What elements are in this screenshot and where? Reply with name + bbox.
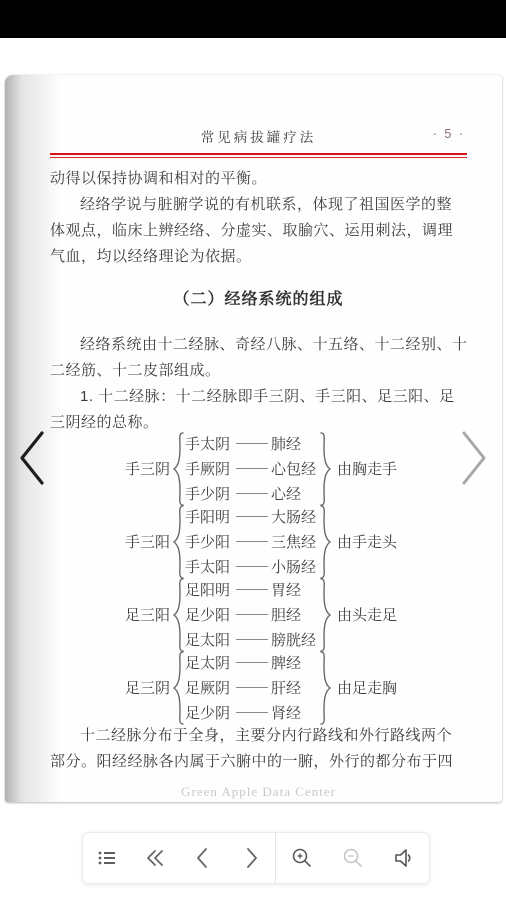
meridian-row: 手太阳 小肠经	[185, 554, 319, 579]
group-destination: 由头走足	[337, 604, 397, 625]
organ-meridian: 肺经	[271, 433, 319, 454]
first-page-button[interactable]	[140, 843, 170, 873]
previous-page-arrow[interactable]	[17, 430, 47, 486]
meridian-name: 足太阴	[185, 652, 233, 673]
connector-line	[236, 468, 268, 469]
meridian-name: 手太阳	[185, 556, 233, 577]
left-brace	[172, 578, 184, 652]
meridian-name: 足少阴	[185, 702, 233, 723]
right-brace	[320, 578, 332, 652]
header-rule	[50, 153, 467, 158]
connector-line	[236, 589, 268, 590]
meridian-name: 手少阳	[185, 531, 233, 552]
group-rows: 手阳明 大肠经 手少阳 三焦经 手太阳 小肠经	[185, 504, 319, 579]
chevron-left-icon	[192, 846, 214, 870]
group-destination: 由足走胸	[337, 677, 397, 698]
double-chevron-left-icon	[144, 847, 166, 869]
book-page: 常见病拔罐疗法 · 5 · 动得以保持协调和相对的平衡。 经络学说与脏腑学说的有…	[5, 75, 502, 802]
zoom-out-icon	[341, 846, 365, 870]
toolbar-zoom-section	[276, 833, 429, 883]
text-line: 十二经脉分布于全身，主要分内行路线和外行路线两个	[50, 723, 467, 749]
meridian-row: 足太阴 脾经	[185, 650, 319, 675]
organ-meridian: 膀胱经	[271, 629, 319, 650]
list-icon	[96, 847, 118, 869]
meridian-group: 手三阳 手阳明 大肠经 手少阳 三焦经 手太阳 小肠经 由手走头	[120, 504, 467, 579]
chevron-right-icon	[240, 846, 262, 870]
meridian-group: 足三阴 足太阴 脾经 足厥阴 肝经 足少阴 肾经 由足走胸	[120, 650, 467, 725]
page-content: 常见病拔罐疗法 · 5 · 动得以保持协调和相对的平衡。 经络学说与脏腑学说的有…	[50, 75, 467, 802]
meridian-row: 手厥阴 心包经	[185, 456, 319, 481]
watermark: Green Apple Data Center	[50, 784, 467, 800]
zoom-out-button[interactable]	[337, 842, 369, 874]
text-line: 经络学说与脏腑学说的有机联系，体现了祖国医学的整	[50, 192, 467, 218]
meridian-row: 手少阴 心经	[185, 481, 319, 506]
connector-line	[236, 566, 268, 567]
book-title: 常见病拔罐疗法	[50, 126, 467, 146]
meridian-row: 手阳明 大肠经	[185, 504, 319, 529]
next-page-arrow[interactable]	[459, 430, 489, 486]
connector-line	[236, 541, 268, 542]
meridian-name: 足太阳	[185, 629, 233, 650]
next-page-button[interactable]	[236, 842, 266, 874]
group-rows: 足阳明 胃经 足少阳 胆经 足太阳 膀胱经	[185, 577, 319, 652]
zoom-in-icon	[290, 846, 314, 870]
meridian-name: 手太阴	[185, 433, 233, 454]
meridian-row: 足少阴 肾经	[185, 700, 319, 725]
organ-meridian: 胃经	[271, 579, 319, 600]
text-line: 1. 十二经脉：十二经脉即手三阴、手三阳、足三阳、足	[50, 384, 467, 410]
read-aloud-button[interactable]	[388, 842, 420, 874]
group-label: 足三阴	[120, 677, 170, 698]
group-label: 手三阳	[120, 531, 170, 552]
body-text: 动得以保持协调和相对的平衡。 经络学说与脏腑学说的有机联系，体现了祖国医学的整 …	[50, 166, 467, 800]
group-label: 手三阴	[120, 458, 170, 479]
organ-meridian: 脾经	[271, 652, 319, 673]
section-heading: （二）经络系统的组成	[50, 289, 467, 311]
meridian-name: 足阳明	[185, 579, 233, 600]
page-header: 常见病拔罐疗法 · 5 ·	[50, 75, 467, 158]
connector-line	[236, 614, 268, 615]
connector-line	[236, 443, 268, 444]
text-line: 气血，均以经络理论为依据。	[50, 244, 467, 270]
meridian-name: 足少阳	[185, 604, 233, 625]
group-rows: 足太阴 脾经 足厥阴 肝经 足少阴 肾经	[185, 650, 319, 725]
connector-line	[236, 712, 268, 713]
right-brace	[320, 505, 332, 579]
left-brace	[172, 651, 184, 725]
organ-meridian: 肝经	[271, 677, 319, 698]
connector-line	[236, 493, 268, 494]
contents-button[interactable]	[92, 843, 122, 873]
speaker-icon	[392, 846, 416, 870]
text-line: 动得以保持协调和相对的平衡。	[50, 166, 467, 192]
organ-meridian: 胆经	[271, 604, 319, 625]
zoom-in-button[interactable]	[286, 842, 318, 874]
organ-meridian: 心经	[271, 483, 319, 504]
group-label: 足三阳	[120, 604, 170, 625]
connector-line	[236, 662, 268, 663]
organ-meridian: 肾经	[271, 702, 319, 723]
organ-meridian: 心包经	[271, 458, 319, 479]
left-brace	[172, 432, 184, 506]
text-line: 二经筋、十二皮部组成。	[50, 358, 467, 384]
status-bar	[0, 0, 506, 38]
text-line: 经络系统由十二经脉、奇经八脉、十五络、十二经别、十	[50, 332, 467, 358]
organ-meridian: 小肠经	[271, 556, 319, 577]
connector-line	[236, 639, 268, 640]
meridian-name: 手阳明	[185, 506, 233, 527]
group-destination: 由手走头	[337, 531, 397, 552]
meridian-row: 手少阳 三焦经	[185, 529, 319, 554]
organ-meridian: 三焦经	[271, 531, 319, 552]
organ-meridian: 大肠经	[271, 506, 319, 527]
meridian-row: 足厥阴 肝经	[185, 675, 319, 700]
reader-toolbar	[82, 832, 430, 884]
meridian-name: 足厥阴	[185, 677, 233, 698]
group-destination: 由胸走手	[337, 458, 397, 479]
chevron-right-icon	[459, 430, 489, 486]
meridian-group: 手三阴 手太阴 肺经 手厥阴 心包经 手少阴 心经 由胸走手	[120, 431, 467, 506]
text-line: 体观点，临床上辨经络、分虚实、取腧穴、运用刺法，调理	[50, 218, 467, 244]
meridian-row: 足太阳 膀胱经	[185, 627, 319, 652]
meridian-diagram: 手三阴 手太阴 肺经 手厥阴 心包经 手少阴 心经 由胸走手 手三阳 手阳明 大…	[120, 431, 467, 725]
connector-line	[236, 516, 268, 517]
meridian-row: 手太阴 肺经	[185, 431, 319, 456]
text-line: 部分。阳经经脉各内属于六腑中的一腑，外行的都分布于四	[50, 749, 467, 775]
left-brace	[172, 505, 184, 579]
chevron-left-icon	[17, 430, 47, 486]
connector-line	[236, 687, 268, 688]
group-rows: 手太阴 肺经 手厥阴 心包经 手少阴 心经	[185, 431, 319, 506]
meridian-row: 足少阳 胆经	[185, 602, 319, 627]
meridian-name: 手厥阴	[185, 458, 233, 479]
toolbar-nav-section	[83, 833, 275, 883]
meridian-name: 手少阴	[185, 483, 233, 504]
meridian-group: 足三阳 足阳明 胃经 足少阳 胆经 足太阳 膀胱经 由头走足	[120, 577, 467, 652]
page-number: · 5 ·	[433, 127, 465, 141]
right-brace	[320, 432, 332, 506]
previous-page-button[interactable]	[188, 842, 218, 874]
meridian-row: 足阳明 胃经	[185, 577, 319, 602]
right-brace	[320, 651, 332, 725]
